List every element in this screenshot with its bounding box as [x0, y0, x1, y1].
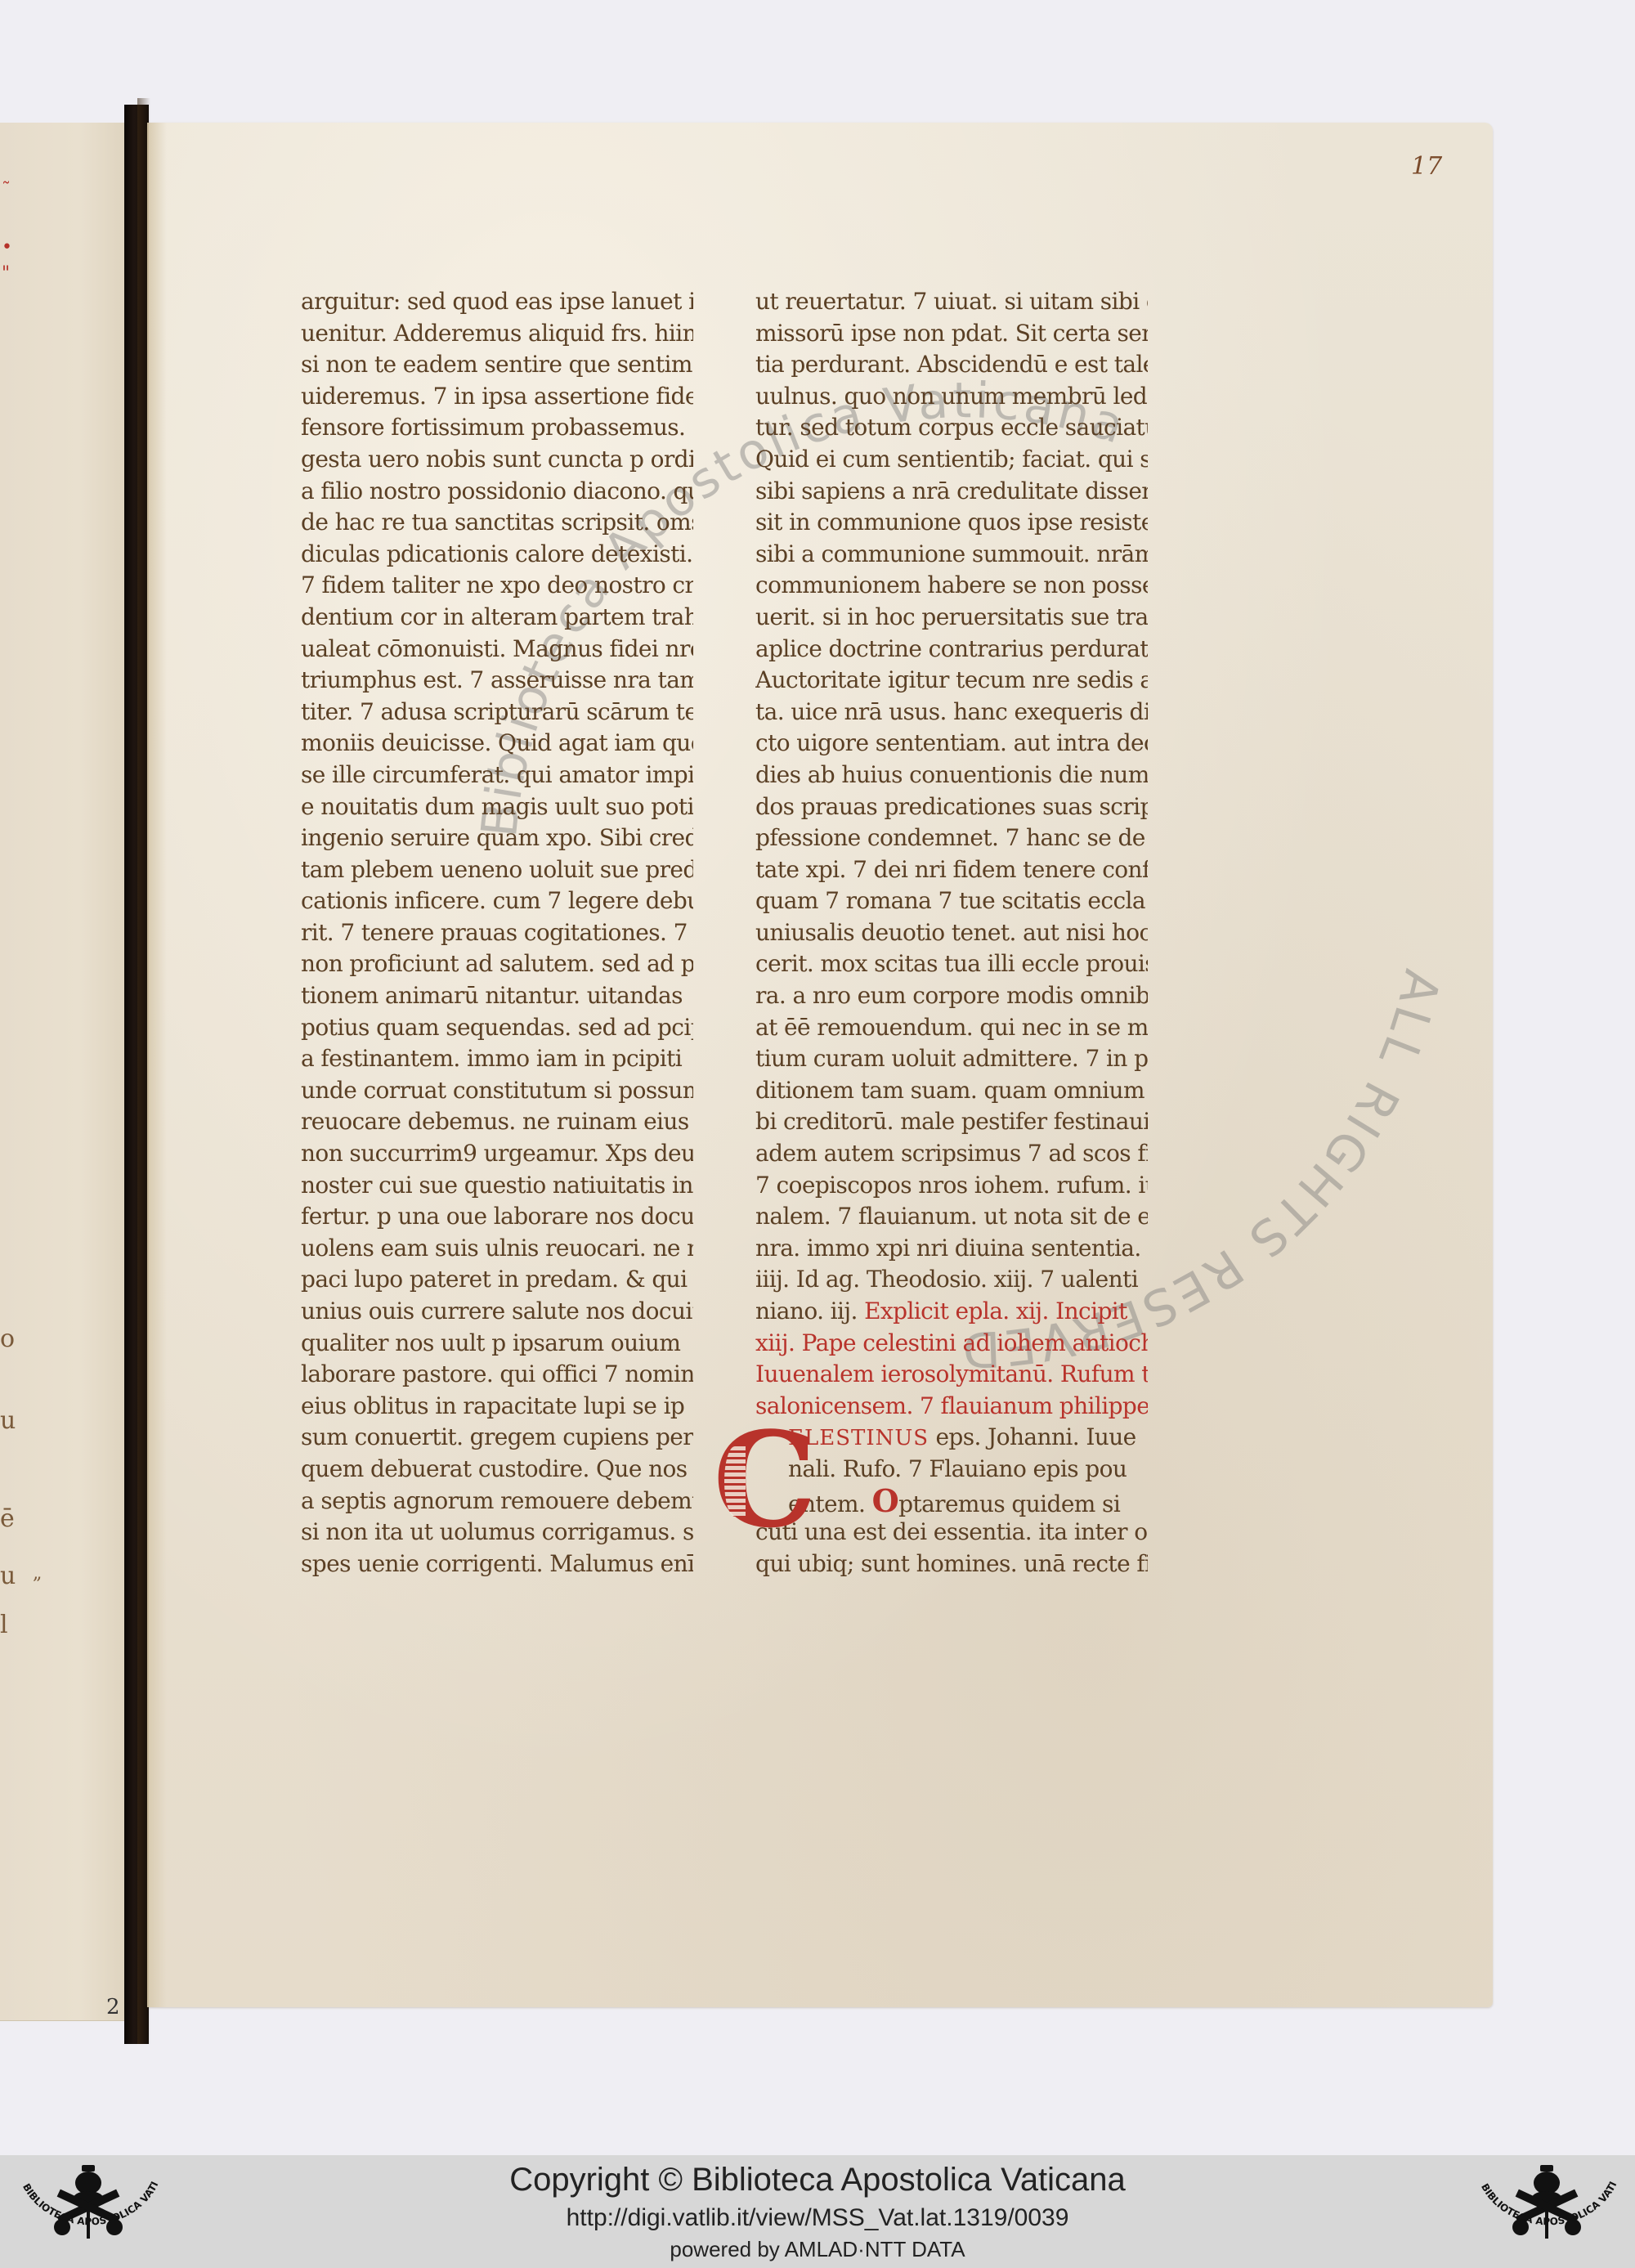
- text-line: non succurrim9 urgeamur. Xps deus: [301, 1138, 693, 1170]
- text-line: unde corruat constitutum si possumus: [301, 1075, 693, 1107]
- rubric-line: xiij. Pape celestini ad iohem antiochenū…: [755, 1328, 1148, 1360]
- text-line: sit in communione quos ipse resistentes: [755, 507, 1148, 539]
- text-line: diculas pdicationis calore detexisti.: [301, 539, 693, 571]
- rubric-trace: ˜: [2, 180, 11, 200]
- rubric-trace: ": [2, 263, 10, 284]
- folio-number: 17: [1411, 152, 1442, 181]
- text-line: adem autem scripsimus 7 ad scos frs.: [755, 1138, 1148, 1170]
- text-line: uulnus. quo non unum membrū ledi: [755, 381, 1148, 413]
- decorated-initial: C: [713, 1419, 775, 1541]
- text-line: 7 coepiscopos nros iohem. rufum. iuue: [755, 1170, 1148, 1202]
- text-line: a filio nostro possidonio diacono. queq3: [301, 476, 693, 508]
- explicit-line: niano. iij. Explicit epla. xij. Incipit: [755, 1296, 1148, 1328]
- text-line: tium curam uoluit admittere. 7 in p: [755, 1043, 1148, 1075]
- text-line: ut reuertatur. 7 uiuat. si uitam sibi cō: [755, 286, 1148, 318]
- text-line: paci lupo pateret in predam. & qui p: [301, 1264, 693, 1296]
- folio-inner-edge: [147, 123, 167, 2007]
- initial-penwork-infill: [724, 1446, 746, 1517]
- rubric-line: Iuuenalem ierosolymitanū. Rufum the: [755, 1359, 1148, 1391]
- text-line: titer. 7 adusa scripturarū scārum testi: [301, 697, 693, 728]
- text-line: nra. immo xpi nri diuina sententia. Dat: [755, 1233, 1148, 1265]
- text-line: laborare pastore. qui offici 7 nominis: [301, 1359, 693, 1391]
- text-line: sum conuertit. gregem cupiens perde-: [301, 1422, 693, 1454]
- text-line: Auctoritate igitur tecum nre sedis asci: [755, 665, 1148, 697]
- text-line: uerit. si in hoc peruersitatis sue trami…: [755, 602, 1148, 634]
- text-line: dies ab huius conuentionis die numerā: [755, 760, 1148, 791]
- text-line: dos prauas predicationes suas scripta: [755, 791, 1148, 823]
- text-line: cationis inficere. cum 7 legere debue: [301, 885, 693, 917]
- text-line: a festinantem. immo iam in pcipiti: [301, 1043, 693, 1075]
- text-line: sibi sapiens a nrā credulitate dissentit…: [755, 476, 1148, 508]
- text-line: tam plebem ueneno uoluit sue predi: [301, 854, 693, 886]
- rubric-explicit: Explicit epla. xij. Incipit: [864, 1298, 1127, 1324]
- text-line: reuocare debemus. ne ruinam eius si: [301, 1106, 693, 1138]
- powered-by: powered by AMLAD·NTT DATA: [0, 2237, 1635, 2262]
- text-line: tionem animarū nitantur. uitandas: [301, 980, 693, 1012]
- text-line: triumphus est. 7 asseruisse nra tam for-: [301, 665, 693, 697]
- text-line: moniis deuicisse. Quid agat iam quo: [301, 728, 693, 760]
- text-line: cto uigore sententiam. aut intra decem: [755, 728, 1148, 760]
- text-line: cerit. mox scitas tua illi eccle prouisu: [755, 948, 1148, 980]
- text-line: iiij. Id ag. Theodosio. xiij. 7 ualenti: [755, 1264, 1148, 1296]
- text-line: arguitur: sed quod eas ipse lanuet in-: [301, 286, 693, 318]
- text-line: qualiter nos uult p ipsarum ouium: [301, 1328, 693, 1360]
- copyright-footer: Copyright © Biblioteca Apostolica Vatica…: [0, 2155, 1635, 2268]
- text-line: se ille circumferat. qui amator impie: [301, 760, 693, 791]
- text-line: fertur. p una oue laborare nos docuit.: [301, 1201, 693, 1233]
- text-line: aplice doctrine contrarius perdurat.: [755, 634, 1148, 666]
- text-line: bi creditorū. male pestifer festinauit. …: [755, 1106, 1148, 1138]
- ink-trace: u: [0, 1562, 16, 1590]
- text-line: tur. sed totum corpus eccle sauciatur.: [755, 412, 1148, 444]
- text-column-left: arguitur: sed quod eas ipse lanuet in- u…: [301, 286, 693, 1580]
- text-line: missorū ipse non pdat. Sit certa senten: [755, 318, 1148, 350]
- text-line: a septis agnorum remouere debemus.: [301, 1486, 693, 1517]
- text-line: e nouitatis dum magis uult suo poti: [301, 791, 693, 823]
- ink-trace: „: [33, 1563, 42, 1584]
- text-line: dentium cor in alteram partem trahi: [301, 602, 693, 634]
- text-line: pfessione condemnet. 7 hanc se de natiui: [755, 822, 1148, 854]
- text-line: sibi a communione summouit. nrāmq;: [755, 539, 1148, 571]
- text-line: quam 7 romana 7 tue scitatis eccla et: [755, 885, 1148, 917]
- text-line: si non ita ut uolumus corrigamus. sit: [301, 1517, 693, 1549]
- text-line: tia perdurant. Abscidendū e est tale: [755, 349, 1148, 381]
- text-line: ra. a nro eum corpore modis omnibus sci: [755, 980, 1148, 1012]
- text-line: ditionem tam suam. quam omnium si: [755, 1075, 1148, 1107]
- ink-trace: ē: [0, 1504, 15, 1533]
- ink-trace: o: [0, 1324, 15, 1353]
- text-line: uolens eam suis ulnis reuocari. ne ra: [301, 1233, 693, 1265]
- text-line: nalem. 7 flauianum. ut nota sit de eo.: [755, 1201, 1148, 1233]
- text-line: ualeat cōmonuisti. Magnus fidei nre: [301, 634, 693, 666]
- text-line: non proficiunt ad salutem. sed ad pdi: [301, 948, 693, 980]
- facing-page-edge: ˜ • " o u ē u „ l: [0, 123, 132, 2021]
- text-line: at ēē remouendum. qui nec in se mede: [755, 1012, 1148, 1044]
- ink-trace: u: [0, 1406, 16, 1435]
- text-line: noster cui sue questio natiuitatis in: [301, 1170, 693, 1202]
- incipit-block: C ELESTINUS eps. Johanni. Iuue nali. Ruf…: [755, 1422, 1148, 1517]
- text-line: spes uenie corrigenti. Malumus enī: [301, 1549, 693, 1580]
- text-line: tate xpi. 7 dei nri fidem tenere confirm…: [755, 854, 1148, 886]
- text-line: eius oblitus in rapacitate lupi se ip: [301, 1391, 693, 1423]
- text-line: si non te eadem sentire que sentim9 oia: [301, 349, 693, 381]
- text-line: fensore fortissimum probassemus. In: [301, 412, 693, 444]
- vatican-library-logo-right: BIBLIOTECA APOSTOLICA VATICANA: [1465, 2160, 1628, 2265]
- lombard-initial: O: [872, 1486, 899, 1517]
- text-line: de hac re tua sanctitas scripsit. oms te: [301, 507, 693, 539]
- text-line: gesta uero nobis sunt cuncta p ordine: [301, 444, 693, 476]
- text-line: unius ouis currere salute nos docuit: [301, 1296, 693, 1328]
- text-line: 7 fidem taliter ne xpo deo nostro cre-: [301, 570, 693, 602]
- text-fragment: niano. iij.: [755, 1298, 858, 1324]
- text-line: uenitur. Adderemus aliquid frs. hiine.: [301, 318, 693, 350]
- text-fragment: ptaremus quidem si: [898, 1490, 1120, 1517]
- copyright-notice: Copyright © Biblioteca Apostolica Vatica…: [0, 2162, 1635, 2199]
- text-fragment: eps. Johanni. Iuue: [935, 1423, 1136, 1450]
- permalink-url[interactable]: http://digi.vatlib.it/view/MSS_Vat.lat.1…: [0, 2204, 1635, 2232]
- text-line: rit. 7 tenere prauas cogitationes. 7 que: [301, 917, 693, 949]
- text-line: communionem habere se non posse no-: [755, 570, 1148, 602]
- text-line: potius quam sequendas. sed ad pcipiti: [301, 1012, 693, 1044]
- folio-recto: 17 Biblioteca Apostolica Vaticana ALL RI…: [147, 123, 1493, 2007]
- gathering-mark: 2: [106, 1995, 120, 2019]
- rubric-trace: •: [2, 237, 12, 258]
- text-line: uideremus. 7 in ipsa assertione fidei de: [301, 381, 693, 413]
- text-column-right: ut reuertatur. 7 uiuat. si uitam sibi cō…: [755, 286, 1148, 1580]
- text-line: ta. uice nrā usus. hanc exequeris distri: [755, 697, 1148, 728]
- papal-arms-icon: BIBLIOTECA APOSTOLICA VATICANA: [1465, 2160, 1628, 2265]
- vatican-library-logo-left: BIBLIOTECA APOSTOLICA VATICANA: [7, 2160, 170, 2265]
- text-line: uniusalis deuotio tenet. aut nisi hoc fe: [755, 917, 1148, 949]
- papal-arms-icon: BIBLIOTECA APOSTOLICA VATICANA: [7, 2160, 170, 2265]
- ink-trace: l: [0, 1611, 8, 1639]
- manuscript-scan: ˜ • " o u ē u „ l 17 Biblioteca Apostoli…: [0, 0, 1635, 2155]
- text-line: Quid ei cum sentientib; faciat. qui sol9: [755, 444, 1148, 476]
- text-line: ingenio seruire quam xpo. Sibi credi: [301, 822, 693, 854]
- text-line: quem debuerat custodire. Que nos: [301, 1454, 693, 1486]
